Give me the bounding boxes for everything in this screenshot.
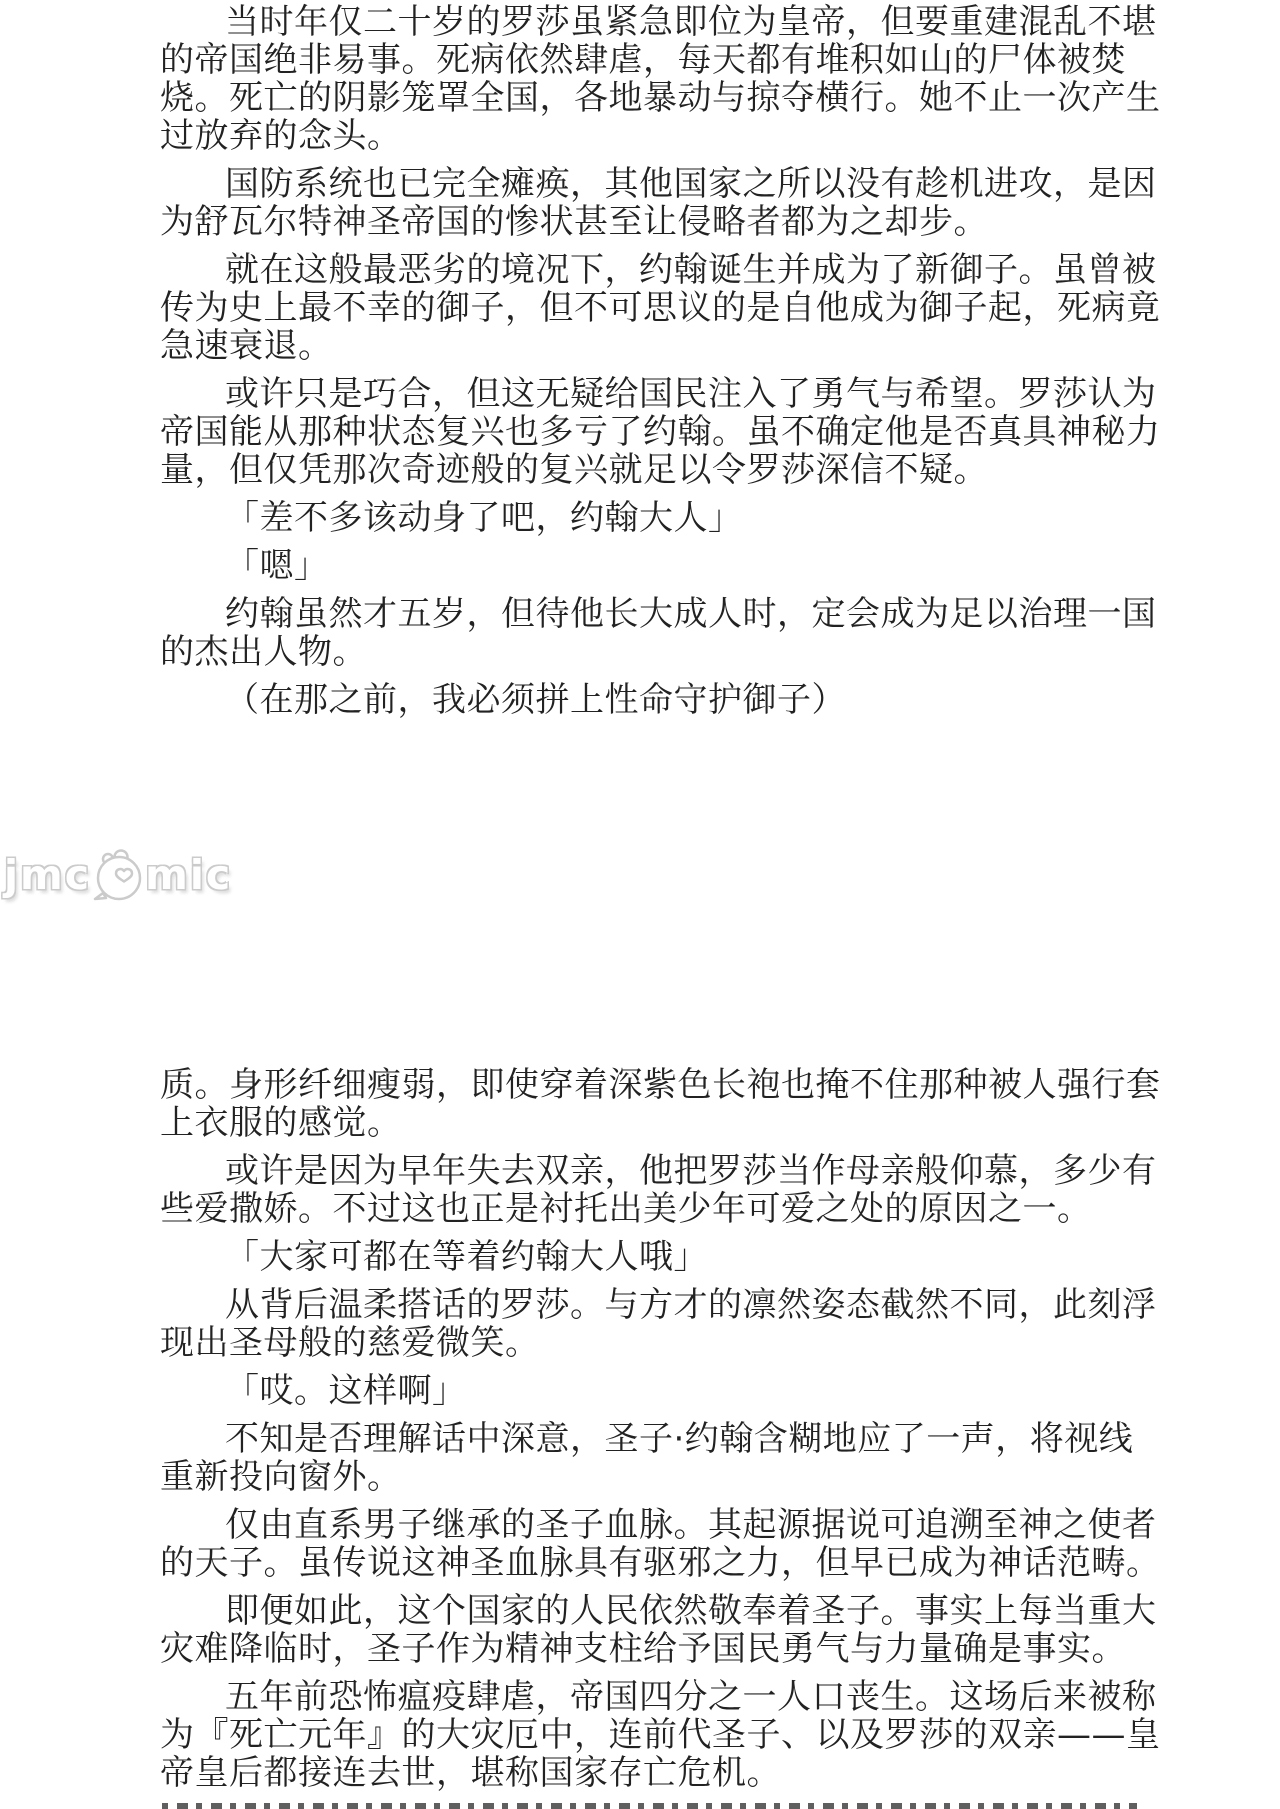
text-line: 仅由直系男子继承的圣子血脉。其起源据说可追溯至神之使者 — [160, 1506, 1160, 1544]
paragraph: 或许是因为早年失去双亲，他把罗莎当作母亲般仰慕，多少有些爱撒娇。不过这也正是衬托… — [160, 1152, 1160, 1228]
jmcomic-watermark: jmc mic — [4, 849, 232, 901]
clipped-bottom-text-line — [162, 1803, 1137, 1809]
paragraph: 或许只是巧合，但这无疑给国民注入了勇气与希望。罗莎认为帝国能从那种状态复兴也多亏… — [160, 375, 1160, 489]
text-line: 量，但仅凭那次奇迹般的复兴就足以令罗莎深信不疑。 — [160, 451, 1160, 489]
text-line: 不知是否理解话中深意，圣子·约翰含糊地应了一声，将视线 — [160, 1420, 1160, 1458]
text-line: 「嗯」 — [160, 547, 1160, 585]
paragraph: 从背后温柔搭话的罗莎。与方才的凛然姿态截然不同，此刻浮现出圣母般的慈爱微笑。 — [160, 1286, 1160, 1362]
text-line: 就在这般最恶劣的境况下，约翰诞生并成为了新御子。虽曾被 — [160, 251, 1160, 289]
paragraph: 「哎。这样啊」 — [160, 1372, 1160, 1410]
text-line: 些爱撒娇。不过这也正是衬托出美少年可爱之处的原因之一。 — [160, 1190, 1160, 1228]
text-line: 「差不多该动身了吧，约翰大人」 — [160, 499, 1160, 537]
paragraph: 约翰虽然才五岁，但待他长大成人时，定会成为足以治理一国的杰出人物。 — [160, 595, 1160, 671]
text-line: 的帝国绝非易事。死病依然肆虐，每天都有堆积如山的尸体被焚 — [160, 41, 1160, 79]
text-line: 五年前恐怖瘟疫肆虐，帝国四分之一人口丧生。这场后来被称 — [160, 1678, 1160, 1716]
text-line: 「大家可都在等着约翰大人哦」 — [160, 1238, 1160, 1276]
text-line: 或许只是巧合，但这无疑给国民注入了勇气与希望。罗莎认为 — [160, 375, 1160, 413]
text-line: 传为史上最不幸的御子，但不可思议的是自他成为御子起，死病竟 — [160, 289, 1160, 327]
text-line: 帝国能从那种状态复兴也多亏了约翰。虽不确定他是否真具神秘力 — [160, 413, 1160, 451]
watermark-text-jmc: jmc — [4, 855, 91, 896]
text-line: 重新投向窗外。 — [160, 1458, 1160, 1496]
text-line: 的杰出人物。 — [160, 633, 1160, 671]
text-line: 上衣服的感觉。 — [160, 1104, 1160, 1142]
paragraph: 仅由直系男子继承的圣子血脉。其起源据说可追溯至神之使者的天子。虽传说这神圣血脉具… — [160, 1506, 1160, 1582]
text-line: 「哎。这样啊」 — [160, 1372, 1160, 1410]
page-text-block-bottom: 质。身形纤细瘦弱，即使穿着深紫色长袍也掩不住那种被人强行套上衣服的感觉。或许是因… — [160, 1066, 1160, 1792]
paragraph: 「大家可都在等着约翰大人哦」 — [160, 1238, 1160, 1276]
paragraph: 就在这般最恶劣的境况下，约翰诞生并成为了新御子。虽曾被传为史上最不幸的御子，但不… — [160, 251, 1160, 365]
paragraph: 五年前恐怖瘟疫肆虐，帝国四分之一人口丧生。这场后来被称为『死亡元年』的大灾厄中，… — [160, 1678, 1160, 1792]
text-line: 灾难降临时，圣子作为精神支柱给予国民勇气与力量确是事实。 — [160, 1630, 1160, 1668]
text-line: 急速衰退。 — [160, 327, 1160, 365]
paragraph: 国防系统也已完全瘫痪，其他国家之所以没有趁机进攻，是因为舒瓦尔特神圣帝国的惨状甚… — [160, 165, 1160, 241]
paragraph: 质。身形纤细瘦弱，即使穿着深紫色长袍也掩不住那种被人强行套上衣服的感觉。 — [160, 1066, 1160, 1142]
text-line: 帝皇后都接连去世，堪称国家存亡危机。 — [160, 1754, 1160, 1792]
text-line: （在那之前，我必须拼上性命守护御子） — [160, 681, 1160, 719]
page-text-block-top: 当时年仅二十岁的罗莎虽紧急即位为皇帝，但要重建混乱不堪的帝国绝非易事。死病依然肆… — [160, 3, 1160, 719]
paragraph: 「嗯」 — [160, 547, 1160, 585]
watermark-text-mic: mic — [145, 855, 232, 896]
text-line: 国防系统也已完全瘫痪，其他国家之所以没有趁机进攻，是因 — [160, 165, 1160, 203]
text-line: 为『死亡元年』的大灾厄中，连前代圣子、以及罗莎的双亲——皇 — [160, 1716, 1160, 1754]
text-line: 从背后温柔搭话的罗莎。与方才的凛然姿态截然不同，此刻浮 — [160, 1286, 1160, 1324]
jmcomic-bird-logo-icon — [93, 849, 143, 901]
text-line: 烧。死亡的阴影笼罩全国，各地暴动与掠夺横行。她不止一次产生 — [160, 79, 1160, 117]
paragraph: 「差不多该动身了吧，约翰大人」 — [160, 499, 1160, 537]
text-line: 的天子。虽传说这神圣血脉具有驱邪之力，但早已成为神话范畴。 — [160, 1544, 1160, 1582]
text-line: 为舒瓦尔特神圣帝国的惨状甚至让侵略者都为之却步。 — [160, 203, 1160, 241]
text-line: 质。身形纤细瘦弱，即使穿着深紫色长袍也掩不住那种被人强行套 — [160, 1066, 1160, 1104]
text-line: 当时年仅二十岁的罗莎虽紧急即位为皇帝，但要重建混乱不堪 — [160, 3, 1160, 41]
text-line: 现出圣母般的慈爱微笑。 — [160, 1324, 1160, 1362]
paragraph: 不知是否理解话中深意，圣子·约翰含糊地应了一声，将视线重新投向窗外。 — [160, 1420, 1160, 1496]
text-line: 或许是因为早年失去双亲，他把罗莎当作母亲般仰慕，多少有 — [160, 1152, 1160, 1190]
text-line: 过放弃的念头。 — [160, 117, 1160, 155]
paragraph: 当时年仅二十岁的罗莎虽紧急即位为皇帝，但要重建混乱不堪的帝国绝非易事。死病依然肆… — [160, 3, 1160, 155]
paragraph: 即便如此，这个国家的人民依然敬奉着圣子。事实上每当重大灾难降临时，圣子作为精神支… — [160, 1592, 1160, 1668]
novel-reader-page: 当时年仅二十岁的罗莎虽紧急即位为皇帝，但要重建混乱不堪的帝国绝非易事。死病依然肆… — [0, 0, 1280, 1809]
text-line: 约翰虽然才五岁，但待他长大成人时，定会成为足以治理一国 — [160, 595, 1160, 633]
paragraph: （在那之前，我必须拼上性命守护御子） — [160, 681, 1160, 719]
text-line: 即便如此，这个国家的人民依然敬奉着圣子。事实上每当重大 — [160, 1592, 1160, 1630]
